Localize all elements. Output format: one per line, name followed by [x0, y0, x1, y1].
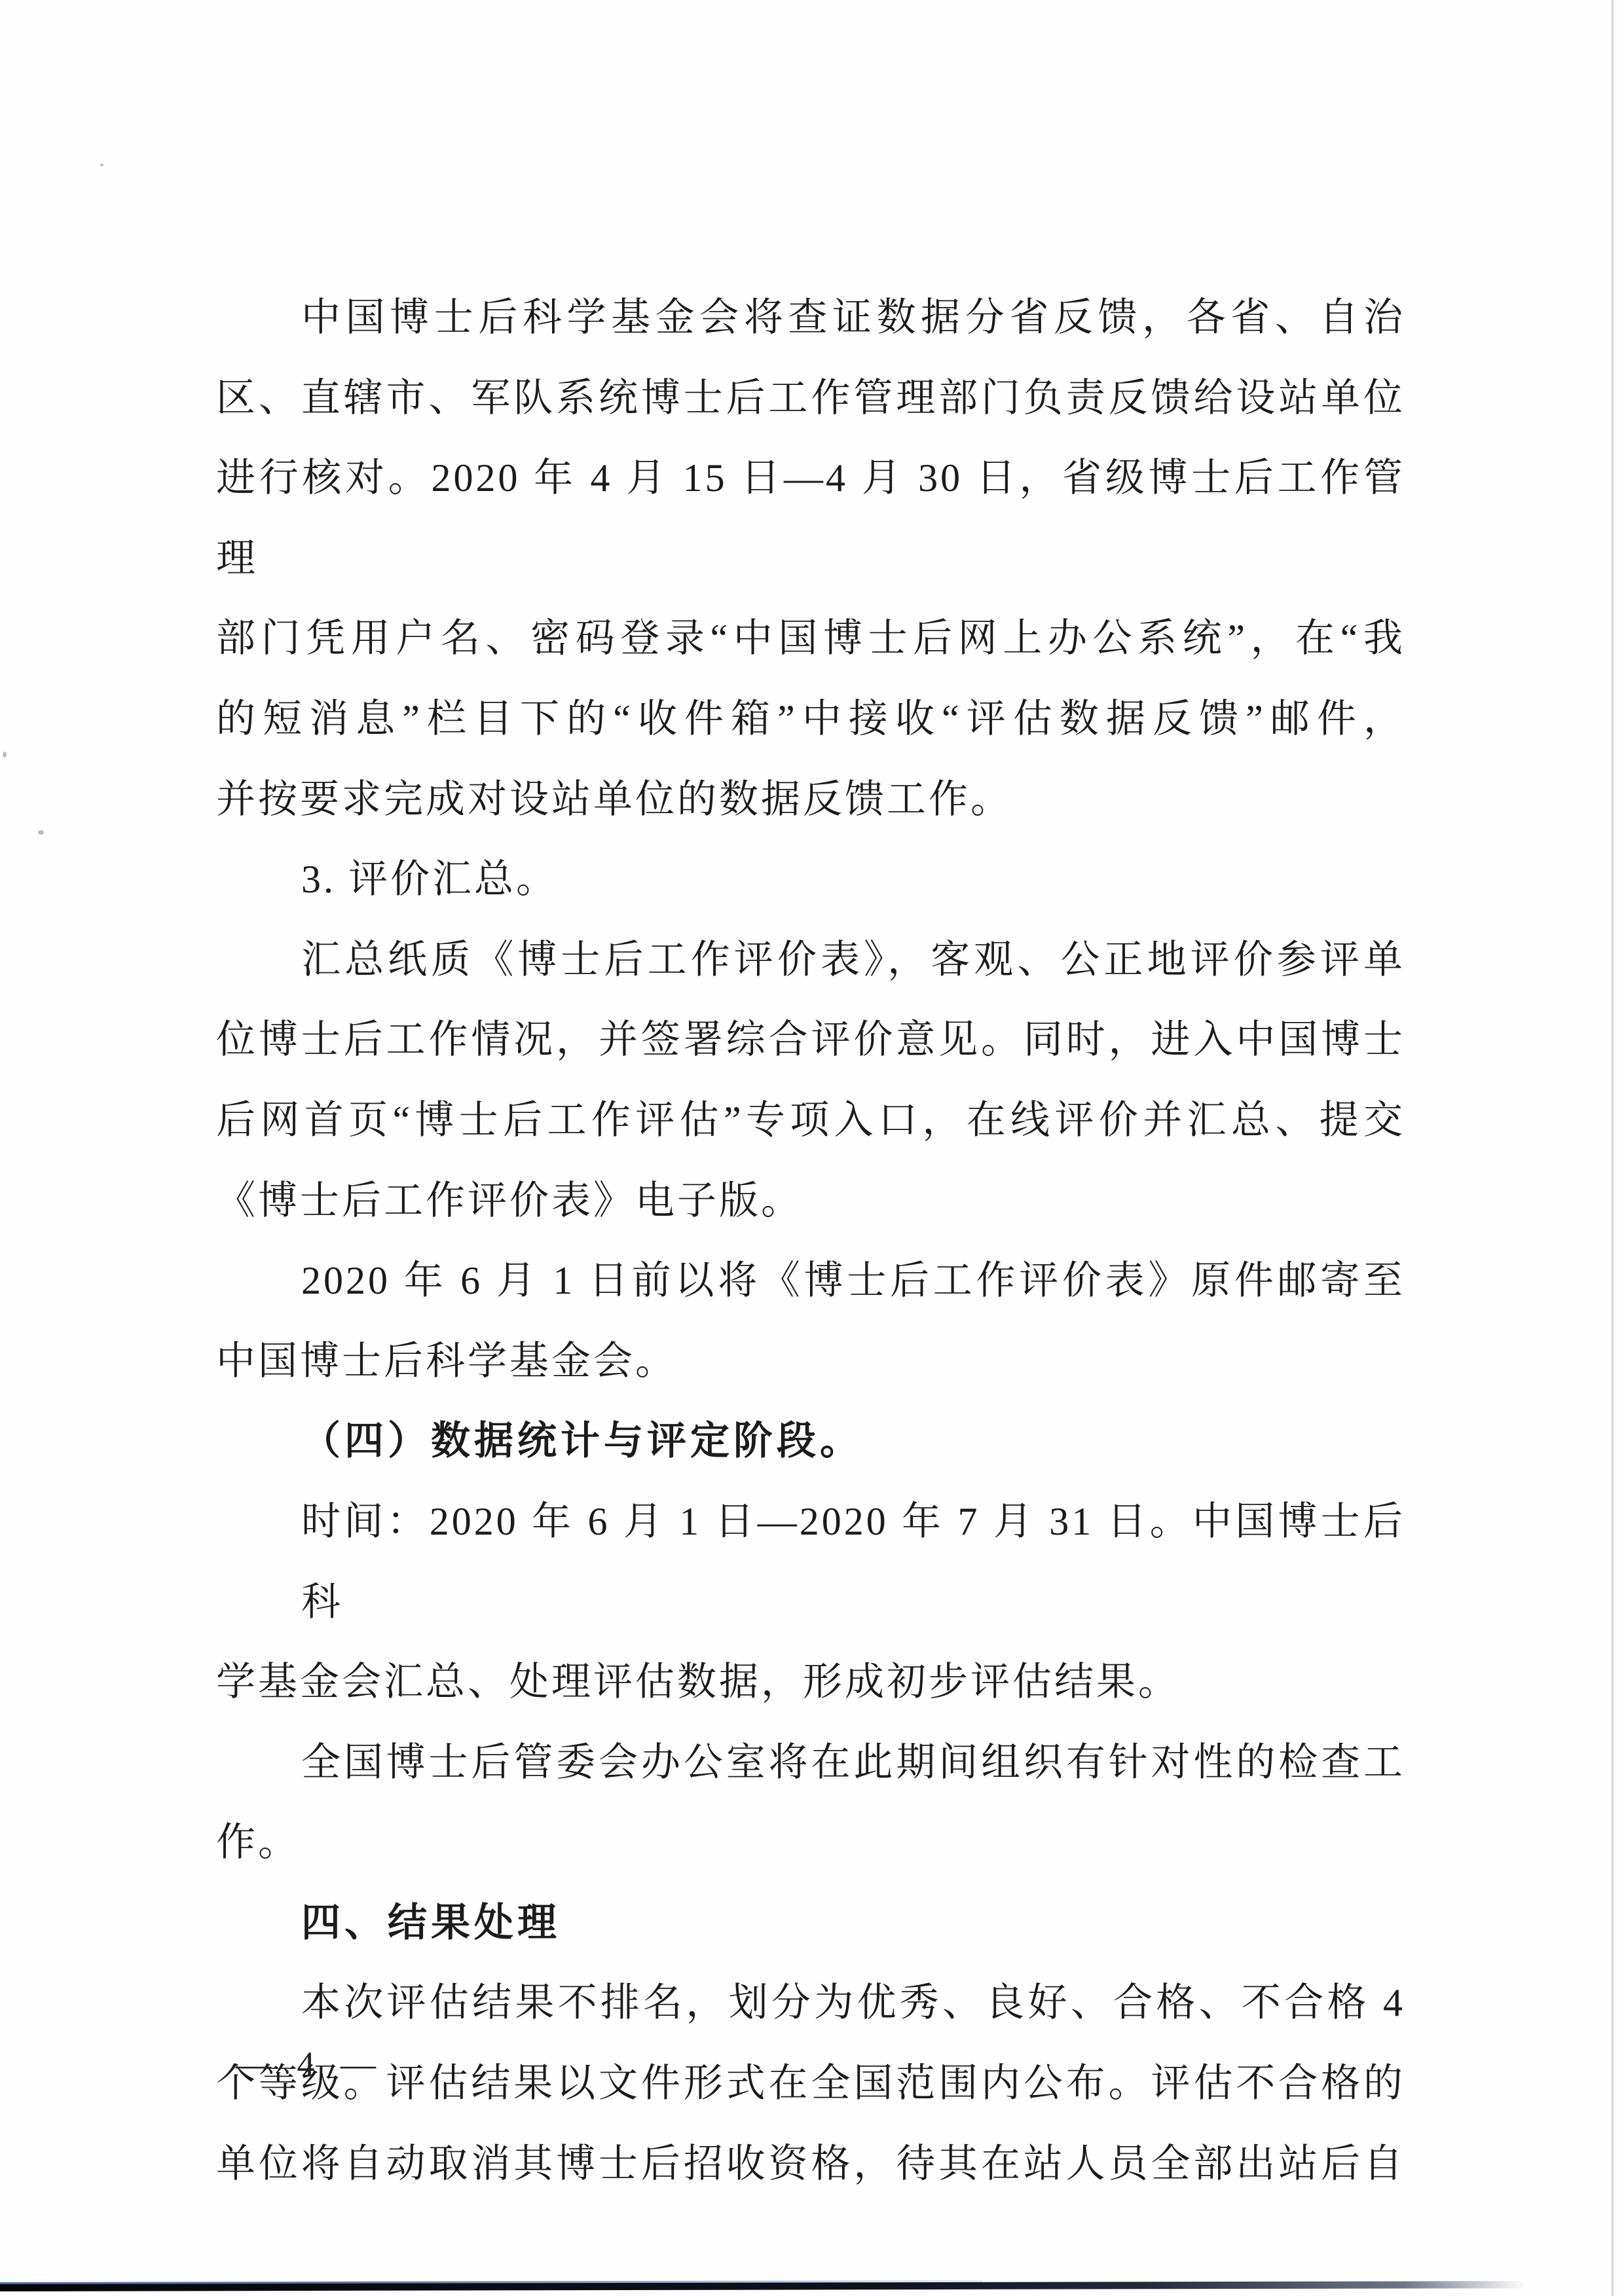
- scan-speck: [38, 830, 44, 835]
- document-body: 中国博士后科学基金会将查证数据分省反馈，各省、自治 区、直辖市、军队系统博士后工…: [216, 278, 1405, 2204]
- section-heading-results: 四、结果处理: [216, 1883, 1405, 1963]
- text-line: 进行核对。2020 年 4 月 15 日—4 月 30 日，省级博士后工作管理: [216, 438, 1405, 598]
- text-line: 单位将自动取消其博士后招收资格，待其在站人员全部出站后自: [216, 2124, 1405, 2204]
- text-line: 位博士后工作情况，并签署综合评价意见。同时，进入中国博士: [216, 1000, 1405, 1080]
- text-line: 的短消息”栏目下的“收件箱”中接收“评估数据反馈”邮件，: [216, 679, 1405, 759]
- text-line: 中国博士后科学基金会将查证数据分省反馈，各省、自治: [216, 278, 1405, 358]
- text-line: 2020 年 6 月 1 日前以将《博士后工作评价表》原件邮寄至: [216, 1241, 1405, 1321]
- text-line: 区、直辖市、军队系统博士后工作管理部门负责反馈给设站单位: [216, 358, 1405, 439]
- list-item-3-heading: 3. 评价汇总。: [216, 839, 1405, 920]
- text-line: 并按要求完成对设站单位的数据反馈工作。: [216, 759, 1405, 840]
- text-line: 个等级。评估结果以文件形式在全国范围内公布。评估不合格的: [216, 2043, 1405, 2124]
- text-line: 部门凭用户名、密码登录“中国博士后网上办公系统”，在“我: [216, 598, 1405, 679]
- text-line: 本次评估结果不排名，划分为优秀、良好、合格、不合格 4: [216, 1963, 1405, 2043]
- text-line: 《博士后工作评价表》电子版。: [216, 1161, 1405, 1241]
- footer: — 4 —: [236, 2041, 376, 2087]
- text-line: 中国博士后科学基金会。: [216, 1321, 1405, 1402]
- scanned-document-page: 中国博士后科学基金会将查证数据分省反馈，各省、自治 区、直辖市、军队系统博士后工…: [0, 0, 1624, 2296]
- text-line: 后网首页“博士后工作评估”专项入口，在线评价并汇总、提交: [216, 1080, 1405, 1161]
- text-line: 作。: [216, 1802, 1405, 1883]
- scan-speck: [100, 164, 103, 166]
- scan-edge-line: [1612, 0, 1614, 2296]
- page-number: — 4 —: [236, 2045, 376, 2084]
- scan-speck: [3, 752, 7, 757]
- text-line: 全国博士后管委会办公室将在此期间组织有针对性的检查工: [216, 1722, 1405, 1803]
- text-line: 时间：2020 年 6 月 1 日—2020 年 7 月 31 日。中国博士后科: [216, 1482, 1405, 1642]
- text-line: 学基金会汇总、处理评估数据，形成初步评估结果。: [216, 1642, 1405, 1722]
- subsection-heading-4: （四）数据统计与评定阶段。: [216, 1401, 1405, 1482]
- text-line: 汇总纸质《博士后工作评价表》，客观、公正地评价参评单: [216, 920, 1405, 1000]
